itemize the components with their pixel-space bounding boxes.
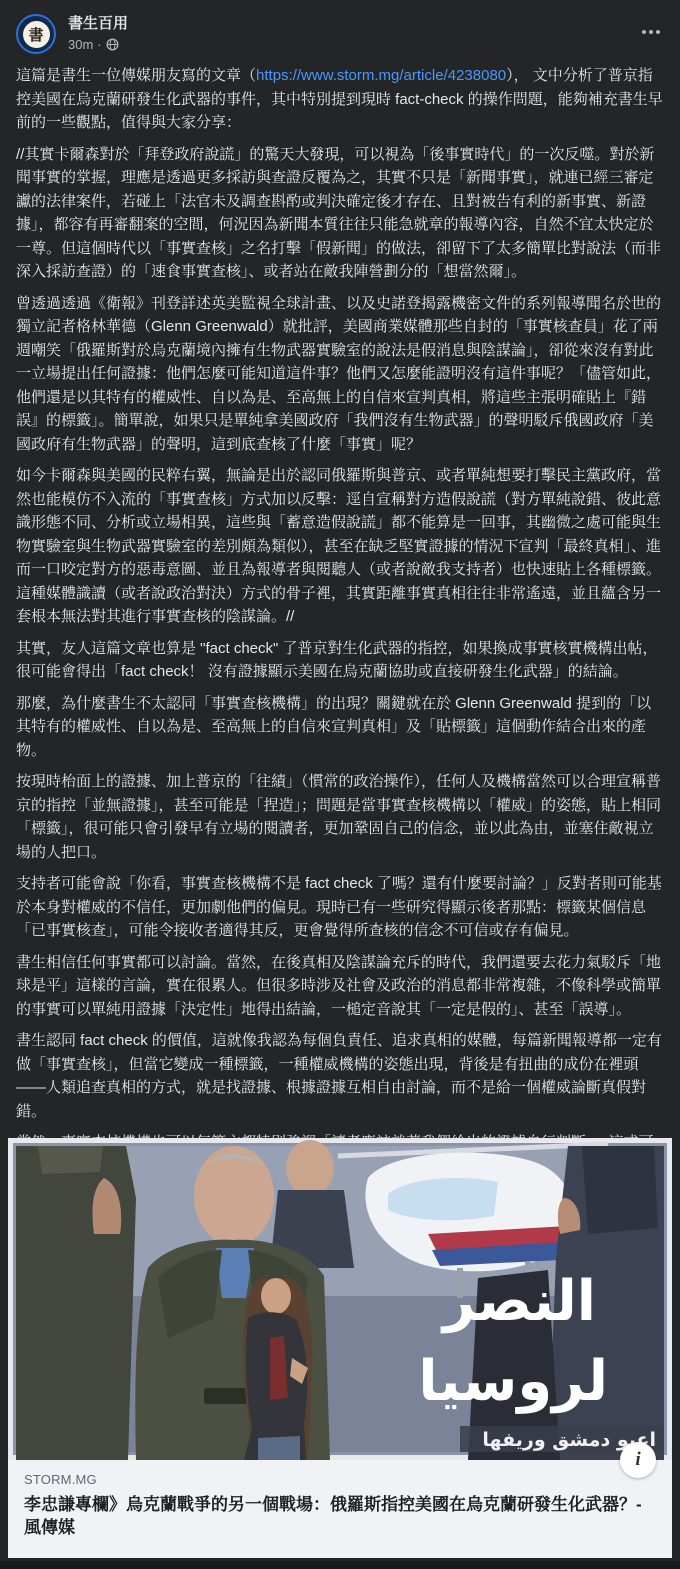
billboard-arabic-line1: النصر [440, 1269, 596, 1334]
header-text: 書生百用 30m · [68, 14, 664, 52]
post-paragraph: 按現時枱面上的證據、加上普京的「往績」（慣常的政治操作），任何人及機構當然可以合… [16, 770, 664, 864]
link-title: 李忠謙專欄》烏克蘭戰爭的另一個戰場：俄羅斯指控美國在烏克蘭研發生化武器？-風傳媒 [24, 1493, 656, 1539]
post-paragraph: 當然，事實查核機構也可以每篇文都特別強調「讀者應該就著我們給出的證據自行判斷」，… [16, 1131, 664, 1138]
link-preview-footer[interactable]: STORM.MG 李忠謙專欄》烏克蘭戰爭的另一個戰場：俄羅斯指控美國在烏克蘭研發… [8, 1460, 672, 1558]
paragraph-text: 這篇是書生一位傳媒朋友寫的文章（ [16, 67, 256, 84]
left-soldier-figure [16, 1146, 136, 1460]
page-name-link[interactable]: 書生百用 [68, 14, 664, 34]
link-domain: STORM.MG [24, 1472, 656, 1488]
post-paragraph: 書生認同 fact check 的價值，這就像我認為每個負責任、追求真相的媒體，… [16, 1029, 664, 1123]
dot-icon [642, 30, 646, 34]
avatar-glyph: 書 [23, 21, 50, 48]
post-paragraph: 曾透過透過《衛報》刊登詳述英美監視全球計畫、以及史諾登揭露機密文件的系列報導聞名… [16, 292, 664, 457]
info-button[interactable]: i [620, 1442, 656, 1478]
post-paragraph: //其實卡爾森對於「拜登政府說謊」的驚天大發現，可以視為「後事實時代」的一次反噬… [16, 143, 664, 284]
avatar[interactable]: 書 [16, 14, 56, 54]
info-icon: i [635, 1449, 640, 1471]
dot-icon [649, 30, 653, 34]
billboard-arabic-line2: لروسيا [418, 1349, 608, 1414]
avatar-char: 書 [28, 24, 43, 45]
post-paragraph: 支持者可能會說「你看，事實查核機構不是 fact check 了嗎？還有什麼要討… [16, 872, 664, 943]
more-options-button[interactable] [638, 22, 664, 42]
post-body: 這篇是書生一位傳媒朋友寫的文章（https://www.storm.mg/art… [16, 64, 664, 1138]
billboard-photo-illustration: النصر لروسيا اعيو دمشق وريفها [8, 1138, 672, 1460]
post-meta: 30m · [68, 37, 664, 52]
post-paragraph: 那麼，為什麼書生不太認同「事實查核機構」的出現？關鍵就在於 Glenn Gree… [16, 692, 664, 763]
page-background-strip [0, 1561, 680, 1569]
facebook-post-dark: { "colors": { "card_bg": "#242526", "tex… [0, 0, 680, 1569]
dot-icon [656, 30, 660, 34]
timestamp[interactable]: 30m [68, 37, 93, 52]
link-preview-card[interactable]: النصر لروسيا اعيو دمشق وريفها STORM.MG 李… [8, 1138, 672, 1558]
post-paragraphs: //其實卡爾森對於「拜登政府說謊」的驚天大發現，可以視為「後事實時代」的一次反噬… [16, 143, 664, 1139]
globe-icon [106, 38, 119, 51]
post-paragraph: 這篇是書生一位傳媒朋友寫的文章（https://www.storm.mg/art… [16, 64, 664, 135]
article-url-link[interactable]: https://www.storm.mg/article/4238080 [256, 67, 506, 84]
post-header: 書 書生百用 30m · [0, 0, 680, 54]
link-preview-image: النصر لروسيا اعيو دمشق وريفها [8, 1138, 672, 1460]
post-paragraph: 其實，友人這篇文章也算是 "fact check" 了普京對生化武器的指控，如果… [16, 637, 664, 684]
woman-figure [243, 1278, 312, 1460]
meta-separator: · [97, 37, 101, 52]
post-paragraph: 書生相信任何事實都可以討論。當然，在後真相及陰謀論充斥的時代，我們還要去花力氣駁… [16, 951, 664, 1022]
post-paragraph: 如今卡爾森與美國的民粹右翼，無論是出於認同俄羅斯與普京、或者單純想要打擊民主黨政… [16, 464, 664, 629]
